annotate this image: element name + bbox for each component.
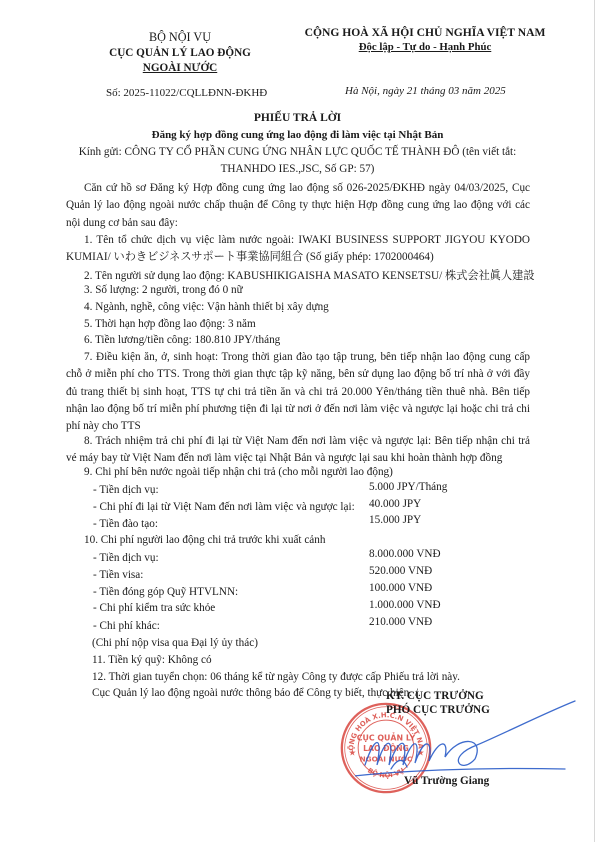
item-2: 2. Tên người sử dụng lao động: KABUSHIKI… bbox=[84, 267, 535, 283]
cost-10-3-value: 100.000 VNĐ bbox=[369, 582, 432, 594]
ministry-name: BỘ NỘI VỤ bbox=[110, 30, 250, 45]
cost-10-1-value: 8.000.000 VNĐ bbox=[369, 548, 441, 560]
item-12: 12. Thời gian tuyển chọn: 06 tháng kể từ… bbox=[92, 671, 460, 683]
item-11: 11. Tiền ký quỹ: Không có bbox=[92, 654, 212, 666]
item-8: 8. Trách nhiệm trả chi phí đi lại từ Việ… bbox=[66, 433, 530, 468]
document-number: Số: 2025-11022/CQLLĐNN-ĐKHĐ bbox=[106, 85, 267, 102]
cost-10-3-label: - Tiền đóng góp Quỹ HTVLNN: bbox=[93, 586, 238, 598]
motto: Độc lập - Tự do - Hạnh Phúc bbox=[330, 41, 520, 53]
handwritten-signature-icon bbox=[355, 695, 595, 805]
item-7: 7. Điều kiện ăn, ở, sinh hoạt: Trong thờ… bbox=[66, 349, 530, 435]
recipient-line1: Kính gửi: CÔNG TY CỔ PHẦN CUNG ỨNG NHÂN … bbox=[0, 144, 595, 161]
cost-10-2-label: - Tiền visa: bbox=[93, 569, 143, 581]
item-6: 6. Tiền lương/tiền công: 180.810 JPY/thá… bbox=[84, 334, 280, 346]
cost-9-1-label: - Tiền dịch vụ: bbox=[93, 484, 159, 496]
cost-10-1-label: - Tiền dịch vụ: bbox=[93, 552, 159, 564]
cost-10-5-label: - Chi phí khác: bbox=[93, 620, 160, 632]
cost-10-5-value: 210.000 VNĐ bbox=[369, 616, 432, 628]
document-title: PHIẾU TRẢ LỜI bbox=[0, 112, 595, 124]
item-1-line1: 1. Tên tổ chức dịch vụ việc làm nước ngo… bbox=[84, 232, 530, 249]
cost-9-2-value: 40.000 JPY bbox=[369, 498, 421, 510]
signatory-name: Vũ Trường Giang bbox=[404, 775, 489, 787]
cost-9-1-value: 5.000 JPY/Tháng bbox=[369, 481, 447, 493]
item-5: 5. Thời hạn hợp đồng lao động: 3 năm bbox=[84, 318, 256, 330]
cost-9-3-value: 15.000 JPY bbox=[369, 514, 421, 526]
department-name-line2: NGOÀI NƯỚC bbox=[120, 62, 240, 74]
intro-paragraph: Căn cứ hồ sơ Đăng ký Hợp đồng cung ứng l… bbox=[66, 180, 530, 232]
item-3: 3. Số lượng: 2 người, trong đó 0 nữ bbox=[84, 284, 243, 296]
cost-10-note: (Chi phí nộp visa qua Đại lý ủy thác) bbox=[92, 637, 258, 649]
place-date: Hà Nội, ngày 21 tháng 03 năm 2025 bbox=[345, 85, 506, 97]
item-9: 9. Chi phí bên nước ngoài tiếp nhận chi … bbox=[84, 466, 393, 478]
recipient-line2: THANHDO IES.,JSC, Số GP: 57) bbox=[0, 161, 595, 178]
document-subtitle: Đăng ký hợp đồng cung ứng lao động đi là… bbox=[0, 129, 595, 141]
cost-10-4-value: 1.000.000 VNĐ bbox=[369, 599, 441, 611]
cost-9-2-label: - Chi phí đi lại từ Việt Nam đến nơi làm… bbox=[93, 501, 355, 513]
cost-10-4-label: - Chi phí kiểm tra sức khỏe bbox=[93, 602, 215, 614]
cost-10-2-value: 520.000 VNĐ bbox=[369, 565, 432, 577]
nation-title: CỘNG HOÀ XÃ HỘI CHỦ NGHĨA VIỆT NAM bbox=[290, 26, 560, 39]
item-4: 4. Ngành, nghề, công việc: Vận hành thiế… bbox=[84, 301, 329, 313]
item-1-line2: KUMIAI/ いわきビジネスサポート事業協同組合 (Số giấy phép:… bbox=[66, 249, 434, 266]
cost-9-3-label: - Tiền đào tạo: bbox=[93, 518, 158, 530]
item-10: 10. Chi phí người lao động chi trả trước… bbox=[84, 534, 325, 546]
department-name: CỤC QUẢN LÝ LAO ĐỘNG bbox=[90, 47, 270, 59]
